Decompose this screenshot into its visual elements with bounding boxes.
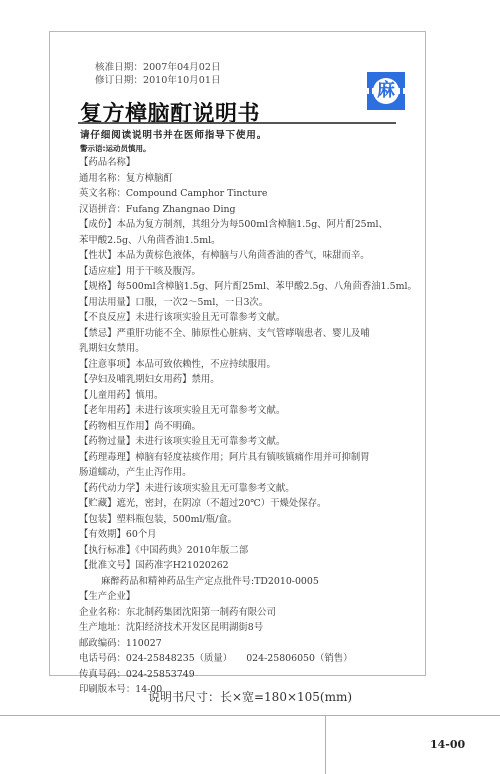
warning-text: 警示语:运动员慎用。 bbox=[80, 143, 151, 154]
section-line: 企业名称：东北制药集团沈阳第一制药有限公司 bbox=[79, 605, 409, 621]
section-line: 【成份】本品为复方制剂，其组分为每500ml含樟脑1.5g、阿片酊25ml、 bbox=[79, 217, 409, 233]
section-line: 【不良反应】未进行该项实验且无可靠参考文献。 bbox=[79, 310, 409, 326]
logo-character: 麻 bbox=[373, 78, 399, 104]
section-line: 【注意事项】本品可致依赖性，不应持续服用。 bbox=[79, 357, 409, 373]
version-number: 14-00 bbox=[430, 738, 465, 751]
section-line: 【执行标准】《中国药典》2010年版二部 bbox=[79, 543, 409, 559]
leaflet-panel: 核准日期：2007年04月02日 修订日期：2010年10月01日 麻 复方樟脑… bbox=[49, 31, 426, 676]
section-line: 【禁忌】严重肝功能不全、肺原性心脏病、支气管哮喘患者、婴儿及哺 bbox=[79, 326, 409, 342]
section-line: 电话号码：024-25848235（质量） 024-25806050（销售） bbox=[79, 651, 409, 667]
section-line: 【老年用药】未进行该项实验且无可靠参考文献。 bbox=[79, 403, 409, 419]
section-line: 苯甲酸2.5g、八角茴香油1.5ml。 bbox=[79, 233, 409, 249]
section-line: 【用法用量】口服，一次2～5ml，一日3次。 bbox=[79, 295, 409, 311]
section-line: 【药物相互作用】尚不明确。 bbox=[79, 419, 409, 435]
section-line: 【有效期】60个月 bbox=[79, 527, 409, 543]
section-line: 【规格】每500ml含樟脑1.5g、阿片酊25ml、苯甲酸2.5g、八角茴香油1… bbox=[79, 279, 409, 295]
section-line: 【贮藏】遮光，密封，在阴凉（不超过20℃）干燥处保存。 bbox=[79, 496, 409, 512]
section-line: 麻醉药品和精神药品生产定点批件号:TD2010-0005 bbox=[79, 574, 409, 590]
section-line: 【药理毒理】樟脑有轻度祛痰作用；阿片具有镇咳镇痛作用并可抑制胃 bbox=[79, 450, 409, 466]
section-line: 传真号码：024-25853749 bbox=[79, 667, 409, 683]
section-line: 英文名称：Compound Camphor Tincture bbox=[79, 186, 409, 202]
section-line: 【孕妇及哺乳期妇女用药】禁用。 bbox=[79, 372, 409, 388]
section-line: 邮政编码：110027 bbox=[79, 636, 409, 652]
dates-block: 核准日期：2007年04月02日 修订日期：2010年10月01日 bbox=[95, 61, 221, 87]
section-line: 【药代动力学】未进行该项实验且无可靠参考文献。 bbox=[79, 481, 409, 497]
section-line: 【儿童用药】慎用。 bbox=[79, 388, 409, 404]
section-line: 肠道蠕动，产生止泻作用。 bbox=[79, 465, 409, 481]
footer-divider bbox=[0, 715, 500, 716]
approval-date: 核准日期：2007年04月02日 bbox=[95, 61, 221, 74]
section-line: 【生产企业】 bbox=[79, 589, 409, 605]
section-line: 生产地址：沈阳经济技术开发区昆明湖街8号 bbox=[79, 620, 409, 636]
section-line: 通用名称：复方樟脑酊 bbox=[79, 171, 409, 187]
section-line: 【药品名称】 bbox=[79, 155, 409, 171]
section-line: 【性状】本品为黄棕色液体，有樟脑与八角茴香油的香气，味甜而辛。 bbox=[79, 248, 409, 264]
leaflet-body: 【药品名称】 通用名称：复方樟脑酊 英文名称：Compound Camphor … bbox=[79, 155, 409, 698]
section-line: 【药物过量】未进行该项实验且无可靠参考文献。 bbox=[79, 434, 409, 450]
narcotic-logo-icon: 麻 bbox=[367, 72, 405, 110]
section-line: 【适应症】用于干咳及腹泻。 bbox=[79, 264, 409, 280]
section-line: 【批准文号】国药准字H21020262 bbox=[79, 558, 409, 574]
title-divider bbox=[78, 122, 396, 124]
usage-instruction: 请仔细阅读说明书并在医师指导下使用。 bbox=[80, 127, 267, 141]
revision-date: 修订日期：2010年10月01日 bbox=[95, 74, 221, 87]
section-line: 乳期妇女禁用。 bbox=[79, 341, 409, 357]
section-line: 汉语拼音：Fufang Zhangnao Ding bbox=[79, 202, 409, 218]
size-caption: 说明书尺寸：长×宽=180×105(mm) bbox=[0, 688, 500, 705]
footer-vertical-divider bbox=[325, 716, 326, 774]
section-line: 【包装】塑料瓶包装，500ml/瓶/盒。 bbox=[79, 512, 409, 528]
